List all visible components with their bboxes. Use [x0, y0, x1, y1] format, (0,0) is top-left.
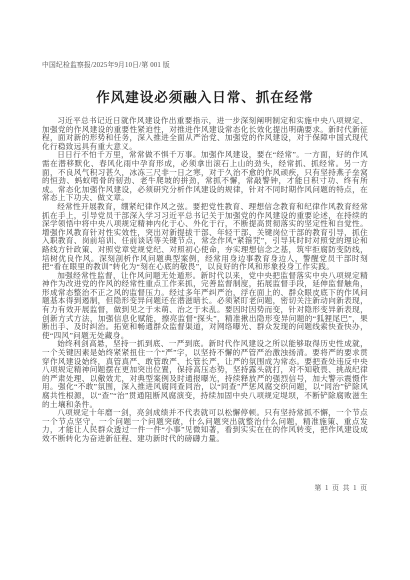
- paragraph-5: 始终利剑高悬，坚持一抓到底、一严到底。新时代作风建设之所以能够取得历史性成就，一…: [42, 340, 368, 409]
- paragraph-2: 日日行不怕千万里，常常做不惧千万事。加强作风建设，要在“经常”。一方面，好的作风…: [42, 151, 368, 203]
- paragraph-4: 加强经常性监督，让作风问题无处遁形。新时代以来，党中央把监督落实中央八项规定精神…: [42, 272, 368, 341]
- paragraph-1: 习近平总书记近日就作风建设作出重要指示，进一步深刻阐明制定和实施中央八项规定、加…: [42, 117, 368, 151]
- article-title: 作风建设必须融入日常、抓在经常: [42, 86, 368, 106]
- paragraph-3: 经常性开展教育，绷紧纪律作风之弦。要把党性教育、理想信念教育和纪律作风教育经常抓…: [42, 203, 368, 272]
- page-number: 第 1 页 共 1 页: [315, 482, 368, 492]
- paragraph-6: 八项规定十年磨一剑，亮剑成绩并不代表就可以松懈停顿。只有坚持常抓不懈，一个节点一…: [42, 409, 368, 443]
- document-page: 中国纪检监察报/2025年9月10日/第 001 版 作风建设必须融入日常、抓在…: [0, 0, 410, 580]
- article-body: 习近平总书记近日就作风建设作出重要指示，进一步深刻阐明制定和实施中央八项规定、加…: [42, 117, 368, 444]
- masthead-source-line: 中国纪检监察报/2025年9月10日/第 001 版: [42, 62, 368, 70]
